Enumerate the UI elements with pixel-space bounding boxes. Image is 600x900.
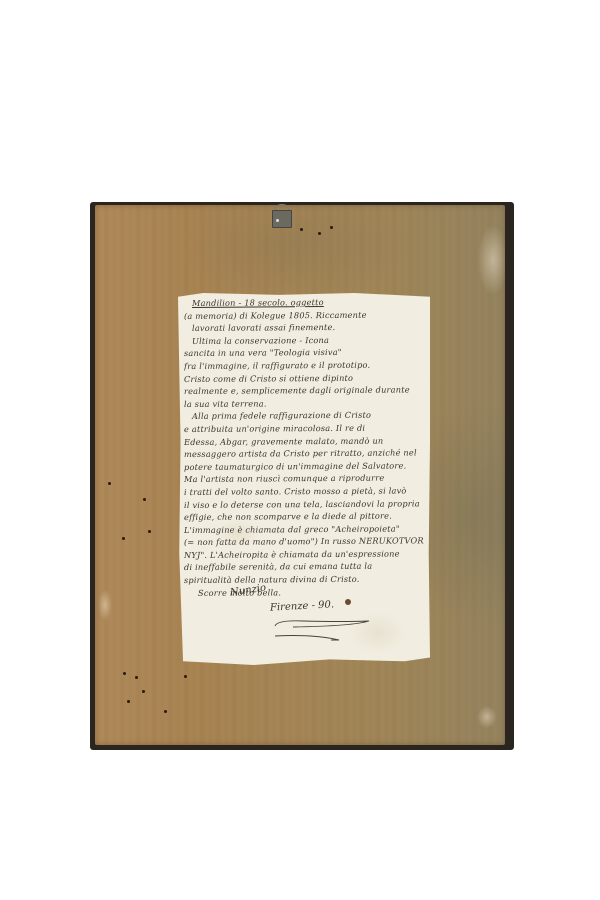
note-line: fra l'immagine, il raffigurato e il prot… <box>184 358 424 372</box>
worm-hole <box>164 710 167 713</box>
worm-hole <box>330 226 333 229</box>
signature-date: Firenze - 90. <box>270 599 335 613</box>
note-line: spiritualità della natura divina di Cris… <box>184 572 424 586</box>
handwritten-note: Mandilion - 18 secolo. oggetto (a memori… <box>178 293 430 665</box>
worm-hole <box>123 672 126 675</box>
worm-hole <box>318 232 321 235</box>
note-line: i tratti del volto santo. Cristo mosso a… <box>184 484 424 498</box>
worm-hole <box>143 498 146 501</box>
note-line: Mandilion - 18 secolo. oggetto <box>184 295 424 309</box>
photo-scene: Mandilion - 18 secolo. oggetto (a memori… <box>0 0 600 900</box>
note-line: Scorre molto bella. <box>184 585 424 599</box>
note-line: e attribuita un'origine miracolosa. Il r… <box>184 421 424 435</box>
ink-stain <box>345 599 351 605</box>
note-line: effigie, che non scomparve e la diede al… <box>184 509 424 523</box>
worm-hole <box>127 700 130 703</box>
worm-hole <box>135 676 138 679</box>
hanging-hook-icon <box>272 204 294 228</box>
signature-flourish-icon <box>273 618 373 642</box>
worm-hole <box>300 228 303 231</box>
worm-hole <box>122 537 125 540</box>
worm-hole <box>148 530 151 533</box>
worm-hole <box>184 675 187 678</box>
worm-hole <box>142 690 145 693</box>
worm-hole <box>108 482 111 485</box>
